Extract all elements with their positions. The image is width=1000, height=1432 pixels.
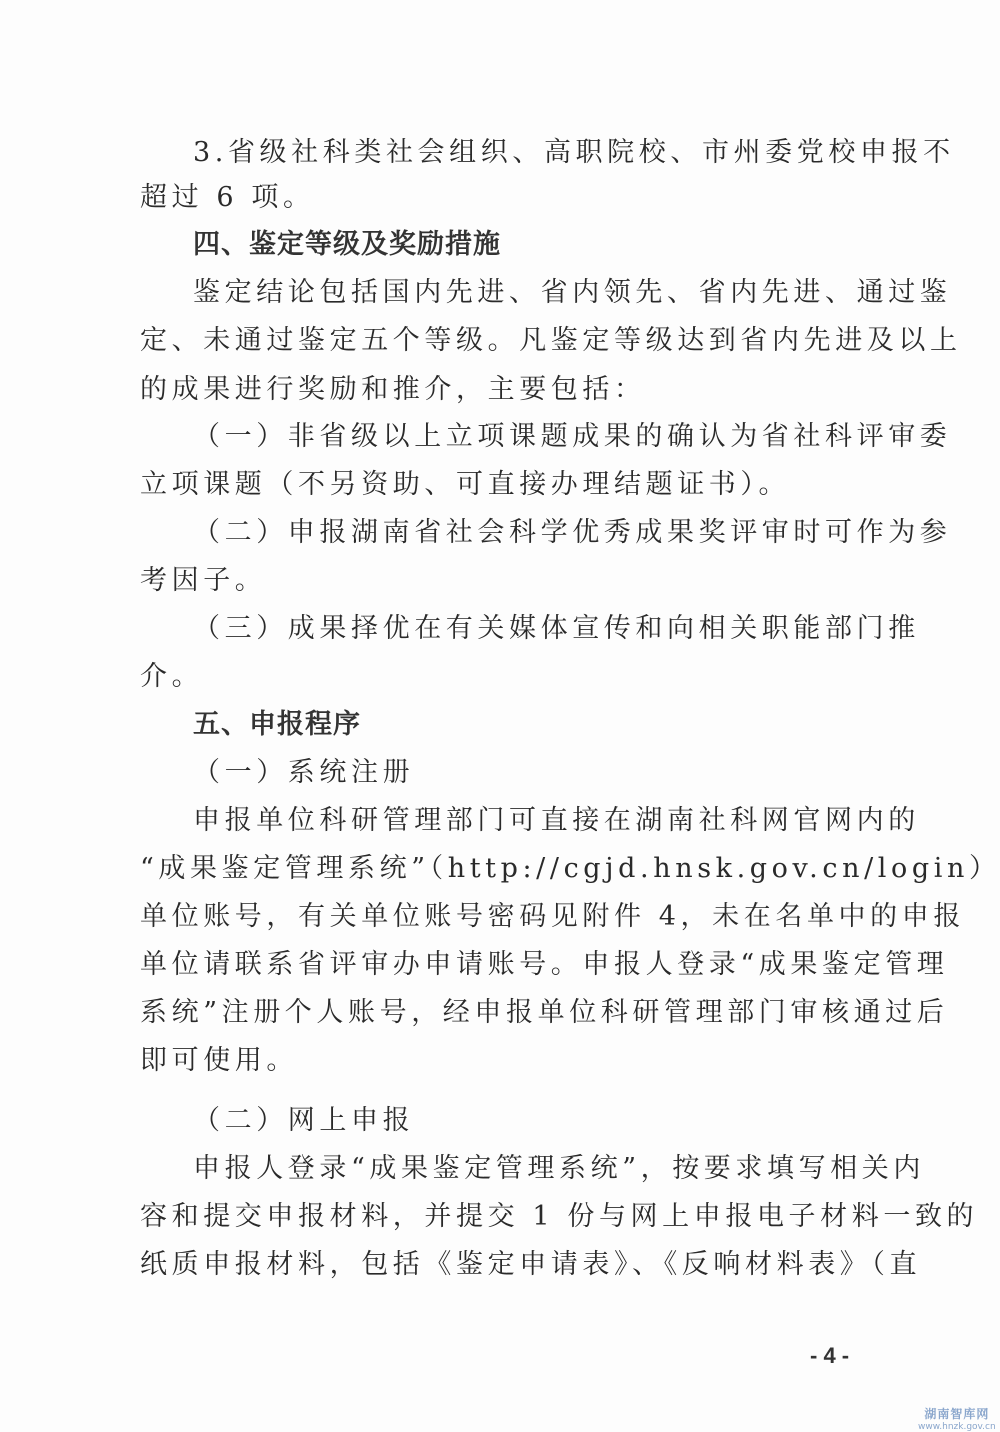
- text-line: （一）非省级以上立项课题成果的确认为省社科评审委: [0, 417, 1000, 457]
- text-line: （一）系统注册: [0, 753, 1000, 793]
- watermark: 湖南智库网 www.hnzk.gov.cn: [918, 1405, 996, 1432]
- section-heading: 四、鉴定等级及奖励措施: [0, 225, 1000, 265]
- text-line: 定、未通过鉴定五个等级。凡鉴定等级达到省内先进及以上: [0, 321, 1000, 361]
- text-line: 鉴定结论包括国内先进、省内领先、省内先进、通过鉴: [0, 273, 1000, 313]
- text-line: 系统”注册个人账号，经申报单位科研管理部门审核通过后: [0, 993, 1000, 1033]
- text-line: 3.省级社科类社会组织、高职院校、市州委党校申报不: [0, 133, 1000, 173]
- text-line: （三）成果择优在有关媒体宣传和向相关职能部门推: [0, 609, 1000, 649]
- text-line: 的成果进行奖励和推介，主要包括：: [0, 370, 1000, 410]
- section-heading: 五、申报程序: [0, 705, 1000, 745]
- page-number: - 4 -: [810, 1343, 849, 1369]
- text-line: 纸质申报材料，包括《鉴定申请表》、《反响材料表》（直: [0, 1245, 1000, 1285]
- text-line: （二）网上申报: [0, 1101, 1000, 1141]
- text-line: 申报人登录“成果鉴定管理系统”，按要求填写相关内: [0, 1149, 1000, 1189]
- text-line: 立项课题（不另资助、可直接办理结题证书）。: [0, 465, 1000, 505]
- text-line: 申报单位科研管理部门可直接在湖南社科网官网内的: [0, 801, 1000, 841]
- text-line: 考因子。: [0, 561, 1000, 601]
- watermark-url: www.hnzk.gov.cn: [918, 1422, 996, 1432]
- text-line: “成果鉴定管理系统”（http://cgjd.hnsk.gov.cn/login…: [0, 849, 1000, 889]
- text-line: 单位请联系省评审办申请账号。申报人登录“成果鉴定管理: [0, 945, 1000, 985]
- text-line: （二）申报湖南省社会科学优秀成果奖评审时可作为参: [0, 513, 1000, 553]
- watermark-name: 湖南智库网: [918, 1405, 996, 1422]
- text-line: 超过 6 项。: [0, 178, 1000, 218]
- text-line: 即可使用。: [0, 1041, 1000, 1081]
- text-line: 单位账号，有关单位账号密码见附件 4，未在名单中的申报: [0, 897, 1000, 937]
- text-line: 介。: [0, 657, 1000, 697]
- text-line: 容和提交申报材料，并提交 1 份与网上申报电子材料一致的: [0, 1197, 1000, 1237]
